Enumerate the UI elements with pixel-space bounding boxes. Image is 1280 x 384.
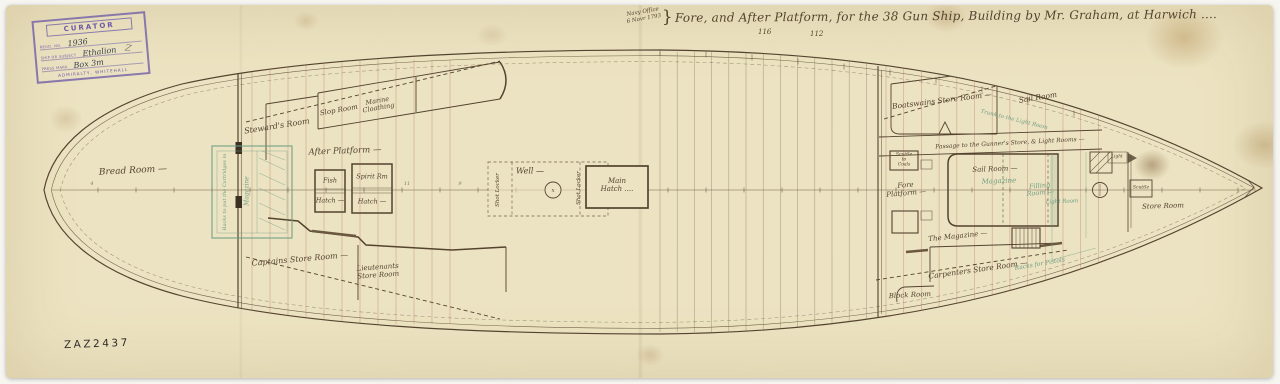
centreline [52,188,1256,193]
scan-background: Bread Room —Steward's RoomSlop RoomMarin… [0,0,1280,384]
stamp-field-value: Box 3m [73,58,104,69]
bow-details [1050,152,1152,262]
bow-scuttle-box [1130,180,1152,197]
light-box [1108,152,1127,163]
hull-inner-line [51,56,1254,329]
stamp-field-label: Regd. No. [40,44,62,50]
station-lines [252,60,1098,324]
green-wash [1050,155,1058,225]
title-brace: } [662,9,673,26]
title-number-116: 116 [758,28,771,36]
bulkhead-block [236,142,243,154]
stamp-field-value: 1936 [67,38,88,48]
fore-platform-structure [876,57,1102,302]
title-block: Navy Office 6 Novr 1793 } Fore, and Afte… [626,9,1217,26]
curator-stamp: CURATOR Regd. No. 1936 Ship or Subject E… [31,11,150,84]
catalog-number: ZAZ2437 [64,337,130,351]
light-arrow [1128,153,1137,163]
well-and-main-hatch [488,162,648,216]
bow-cant-lines [1148,68,1262,306]
stamp-field-label: Press Mark [42,65,68,71]
plan-title: Fore, and After Platform, for the 38 Gun… [675,7,1217,25]
ship-plan-drawing [0,0,1280,384]
deck-planking-lines [660,52,866,332]
fish-hatch-box [315,170,345,212]
bulkhead-block [236,196,243,208]
hull-outline [44,50,1262,334]
office-and-date: Navy Office 6 Novr 1793 [625,6,662,26]
title-number-112: 112 [810,30,823,38]
sheer-line-ticks [660,50,1074,117]
ladderway-grating [1012,228,1040,248]
pump-circle [545,182,561,198]
main-hatch-box [586,166,648,208]
spirit-room-hatch-box [352,164,392,213]
